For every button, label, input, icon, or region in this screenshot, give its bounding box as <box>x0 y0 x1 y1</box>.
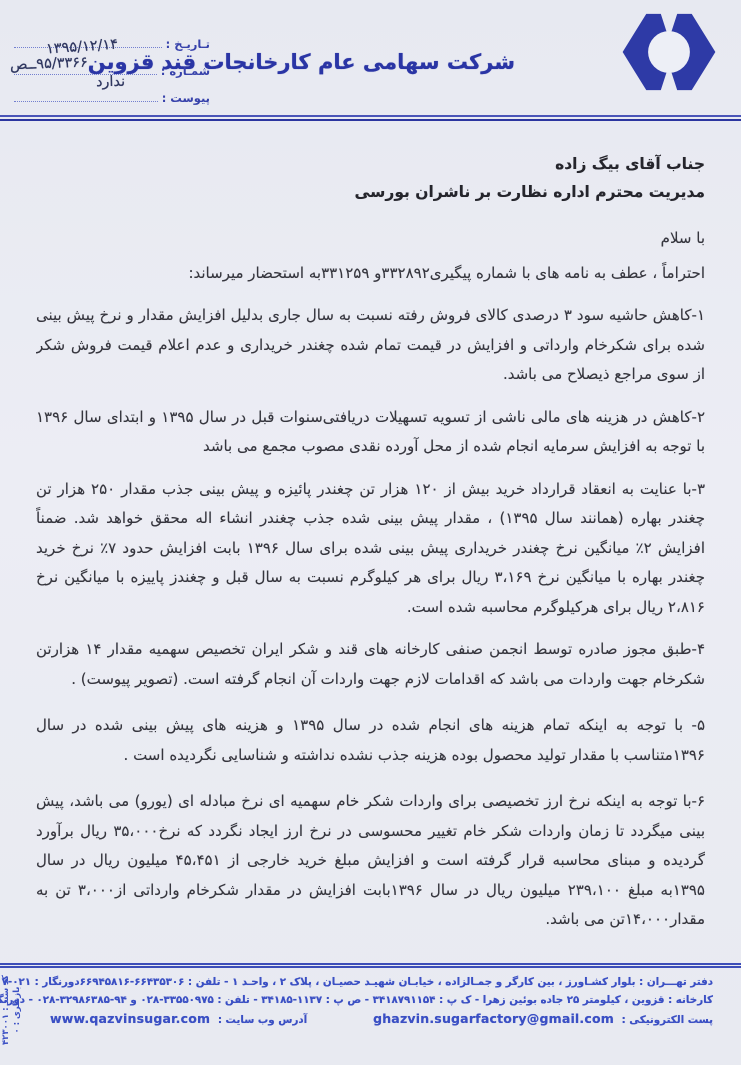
contact-links-line: پست الکترونیکی : ghazvin.sugarfactory@gm… <box>46 1011 713 1029</box>
doc-revision-value: بازنگری : ۰ <box>12 966 23 1054</box>
tehran-office-line: دفتر تهـــران : بلوار کشـاورز ، بین کارگ… <box>46 974 713 991</box>
email-label: پست الکترونیکی : <box>622 1014 713 1026</box>
date-label: تـاریـخ : <box>166 37 210 53</box>
website-label: آدرس وب سایت : <box>218 1014 307 1026</box>
paragraph-4: ۴-طبق مجوز صادره توسط انجمن صنفی کارخانه… <box>36 635 705 694</box>
letter-body: جناب آقای بیگ زاده مدیریت محترم اداره نظ… <box>36 150 705 962</box>
salutation: با سلام <box>36 224 705 253</box>
number-value-handwritten: ۹۵/۳۳۶۶ــص <box>10 55 88 74</box>
paragraph-1: ۱-کاهش حاشیه سود ۳ درصدی کالای فروش رفته… <box>36 301 705 390</box>
attachment-value-handwritten: ندارد <box>96 74 125 91</box>
paragraph-6: ۶-با توجه به اینکه نرخ ارز تخصیصی برای و… <box>36 787 705 935</box>
header-divider-line <box>0 115 741 121</box>
intro-line: احتراماً ، عطف به نامه های با شماره پیگی… <box>36 259 705 288</box>
company-logo-icon <box>619 8 719 96</box>
scanned-letter-page: شرکت سهامی عام کارخانجات قند قزوین تـاری… <box>0 0 741 1065</box>
tehran-office-address: دفتر تهـــران : بلوار کشـاورز ، بین کارگ… <box>80 974 713 991</box>
paragraph-3: ۳-با عنایت به انعقاد قرارداد خرید بیش از… <box>36 475 705 623</box>
website-group: آدرس وب سایت : www.qazvinsugar.com <box>46 1011 307 1029</box>
letter-meta-fields: تـاریـخ : ۱۳۹۵/۱۲/۱۴ شمـاره : ۹۵/۳۳۶۶ــص… <box>8 26 210 107</box>
email-address: ghazvin.sugarfactory@gmail.com <box>373 1011 614 1026</box>
letterhead-footer: دفتر تهـــران : بلوار کشـاورز ، بین کارگ… <box>46 974 713 1029</box>
recipient-title: مدیریت محترم اداره نظارت بر ناشران بورسی <box>36 178 705 206</box>
recipient-name: جناب آقای بیگ زاده <box>36 150 705 178</box>
footer-divider-line <box>0 963 741 968</box>
document-code-vertical: کد سند : ۴۲۳۰۰۱ بازنگری : ۰ <box>1 966 25 1054</box>
factory-address-line: کارخانه : قزوین ، کیلومتر ۲۵ جاده بوئین … <box>46 992 713 1009</box>
attachment-field-row: پیوست : ندارد <box>8 80 210 107</box>
paragraph-5: ۵- با توجه به اینکه تمام هزینه های انجام… <box>36 711 705 770</box>
date-field-row: تـاریـخ : ۱۳۹۵/۱۲/۱۴ <box>8 26 210 53</box>
attachment-dotted-line <box>14 91 158 102</box>
paragraph-2: ۲-کاهش در هزینه های مالی ناشی از تسویه ت… <box>36 403 705 462</box>
doc-code-value: کد سند : ۴۲۳۰۰۱ <box>1 966 12 1054</box>
website-address: www.qazvinsugar.com <box>50 1011 210 1026</box>
email-group: پست الکترونیکی : ghazvin.sugarfactory@gm… <box>369 1011 713 1029</box>
attachment-label: پیوست : <box>162 91 210 107</box>
number-label: شمـاره : <box>161 64 210 80</box>
